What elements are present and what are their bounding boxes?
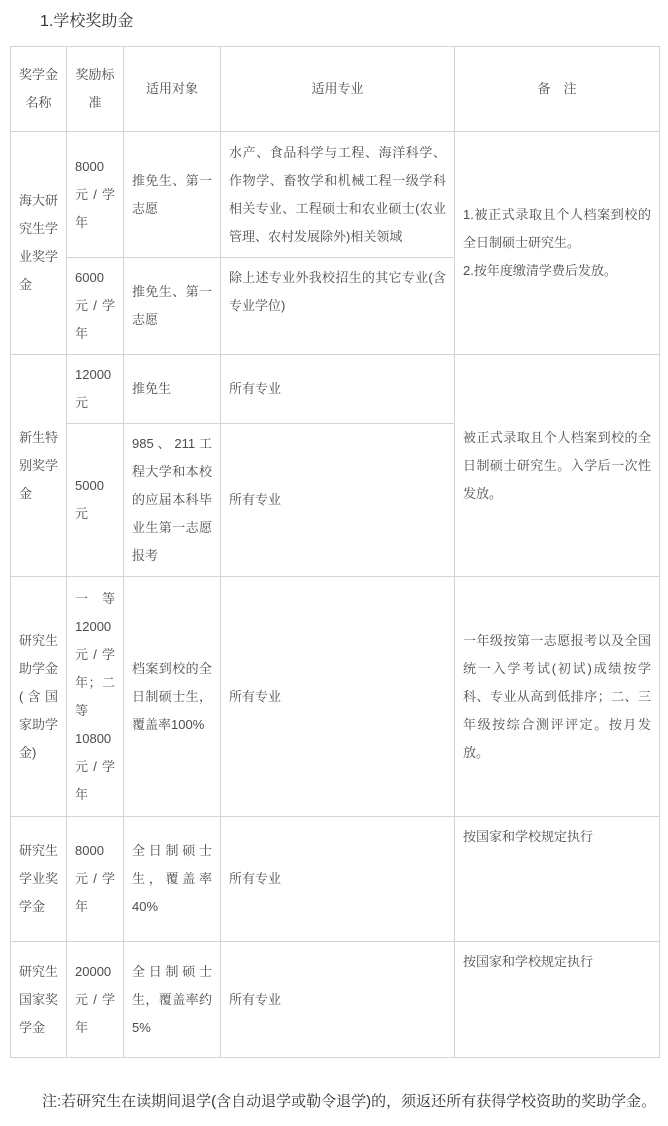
award-standard-cell: 6000元/学年 (67, 258, 124, 355)
table-row: 研究生助学金(含国家助学金) 一等12000元/学年；二等10800元/学年 档… (11, 577, 660, 817)
target-cell: 推免生 (124, 355, 221, 424)
majors-cell: 除上述专业外我校招生的其它专业(含专业学位) (221, 258, 455, 355)
target-cell: 全日制硕士生，覆盖率40% (124, 817, 221, 942)
table-row: 海大研究生学业奖学金 8000元/学年 推免生、第一志愿 水产、食品科学与工程、… (11, 132, 660, 258)
majors-cell: 水产、食品科学与工程、海洋科学、作物学、畜牧学和机械工程一级学科相关专业、工程硕… (221, 132, 455, 258)
majors-cell: 所有专业 (221, 577, 455, 817)
majors-cell: 所有专业 (221, 355, 455, 424)
award-standard-cell: 5000元 (67, 424, 124, 577)
award-standard-cell: 8000元/学年 (67, 132, 124, 258)
scholarship-name-cell: 研究生国家奖学金 (11, 942, 67, 1058)
target-cell: 推免生、第一志愿 (124, 258, 221, 355)
award-standard-cell: 12000元 (67, 355, 124, 424)
target-cell: 985、211工程大学和本校的应届本科毕业生第一志愿报考 (124, 424, 221, 577)
header-row: 奖学金名称 奖励标准 适用对象 适用专业 备 注 (11, 47, 660, 132)
remark-cell: 按国家和学校规定执行 (455, 942, 660, 1058)
award-standard-cell: 一等12000元/学年；二等10800元/学年 (67, 577, 124, 817)
majors-cell: 所有专业 (221, 424, 455, 577)
scholarship-name-cell: 研究生学业奖学金 (11, 817, 67, 942)
remark-cell: 按国家和学校规定执行 (455, 817, 660, 942)
majors-cell: 所有专业 (221, 942, 455, 1058)
award-standard-cell: 8000元/学年 (67, 817, 124, 942)
column-header-name: 奖学金名称 (11, 47, 67, 132)
majors-cell: 所有专业 (221, 817, 455, 942)
award-standard-cell: 20000元/学年 (67, 942, 124, 1058)
table-row: 研究生学业奖学金 8000元/学年 全日制硕士生，覆盖率40% 所有专业 按国家… (11, 817, 660, 942)
remark-cell: 一年级按第一志愿报考以及全国统一入学考试(初试)成绩按学科、专业从高到低排序；二… (455, 577, 660, 817)
target-cell: 推免生、第一志愿 (124, 132, 221, 258)
column-header-remark: 备 注 (455, 47, 660, 132)
column-header-target: 适用对象 (124, 47, 221, 132)
table-row: 研究生国家奖学金 20000元/学年 全日制硕士生，覆盖率约5% 所有专业 按国… (11, 942, 660, 1058)
section-title: 1.学校奖助金 (10, 11, 660, 33)
scholarship-table: 奖学金名称 奖励标准 适用对象 适用专业 备 注 海大研究生学业奖学金 8000… (10, 46, 660, 1058)
scholarship-name-cell: 海大研究生学业奖学金 (11, 132, 67, 355)
target-cell: 全日制硕士生，覆盖率约5% (124, 942, 221, 1058)
scholarship-name-cell: 研究生助学金(含国家助学金) (11, 577, 67, 817)
target-cell: 档案到校的全日制硕士生，覆盖率100% (124, 577, 221, 817)
table-row: 新生特别奖学金 12000元 推免生 所有专业 被正式录取且个人档案到校的全日制… (11, 355, 660, 424)
footnote: 注:若研究生在读期间退学(含自动退学或勒令退学)的，须返还所有获得学校资助的奖助… (10, 1085, 658, 1118)
remark-cell: 被正式录取且个人档案到校的全日制硕士研究生。入学后一次性发放。 (455, 355, 660, 577)
column-header-majors: 适用专业 (221, 47, 455, 132)
remark-cell: 1.被正式录取且个人档案到校的全日制硕士研究生。 2.按年度缴清学费后发放。 (455, 132, 660, 355)
column-header-standard: 奖励标准 (67, 47, 124, 132)
scholarship-name-cell: 新生特别奖学金 (11, 355, 67, 577)
page: 1.学校奖助金 奖学金名称 奖励标准 适用对象 适用专业 备 注 海大研究生学业… (10, 0, 660, 1118)
